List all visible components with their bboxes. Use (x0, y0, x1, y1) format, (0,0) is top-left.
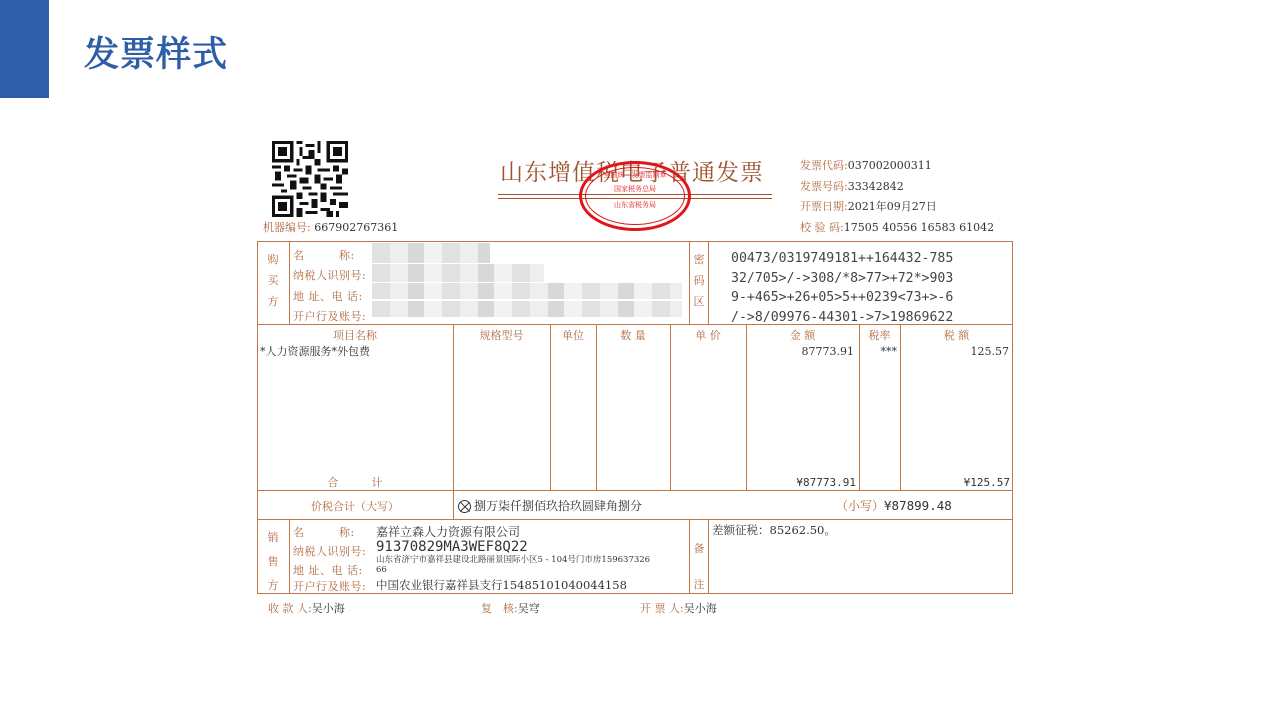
invoice: 机器编号: 667902767361 山东增值税电子普通发票 全国统一发票监制章… (0, 0, 1280, 720)
col-qty: 数 量 (596, 327, 670, 343)
seller-bank: 中国农业银行嘉祥县支行15485101040044158 (376, 577, 627, 593)
item-tax: 125.57 (900, 345, 1009, 358)
col-price: 单 价 (670, 327, 746, 343)
payee: 收 款 人:吴小海 (268, 600, 345, 616)
col-tax: 税 额 (900, 327, 1013, 343)
reviewer: 复 核:吴穹 (481, 600, 540, 616)
grand-total-uppercase: 捌万柒仟捌佰玖拾玖圆肆角捌分 (458, 497, 642, 514)
issue-date: 开票日期:2021年09月27日 (800, 198, 937, 214)
buyer-label: 购买方 (265, 249, 281, 312)
grand-total-label: 价税合计（大写） (257, 498, 453, 514)
invoice-code: 发票代码:037002000311 (800, 157, 932, 173)
redacted-buyer-bank (372, 301, 682, 317)
item-name: *人力资源服务*外包费 (260, 343, 370, 359)
buyer-name-label: 名 称: (293, 247, 355, 263)
invoice-number: 发票号码:33342842 (800, 178, 904, 194)
redacted-buyer-name (372, 243, 490, 263)
seller-label: 销售方 (265, 526, 281, 598)
col-tax-rate: 税率 (859, 327, 900, 343)
buyer-bank-label: 开户行及账号: (293, 308, 366, 324)
redacted-buyer-address (372, 283, 682, 299)
total-label: 合 计 (257, 474, 453, 490)
item-tax-rate: *** (859, 345, 897, 358)
seller-name: 嘉祥立森人力资源有限公司 (376, 523, 520, 540)
remarks-label: 备注 (691, 531, 707, 603)
buyer-taxid-label: 纳税人识别号: (293, 267, 366, 283)
total-amount: ¥87773.91 (746, 476, 856, 489)
col-unit: 单位 (550, 327, 596, 343)
total-tax: ¥125.57 (900, 476, 1010, 489)
grand-total-small: （小写）¥87899.48 (836, 497, 952, 514)
seller-taxid: 91370829MA3WEF8Q22 (376, 539, 528, 555)
seller-name-label: 名 称: (293, 524, 355, 540)
seller-address-label: 地 址、电 话: (293, 562, 363, 578)
seller-address: 山东省济宁市嘉祥县建设北路丽景国际小区5 - 104号门市房1596373266… (376, 555, 650, 575)
item-amount: 87773.91 (746, 345, 854, 358)
seller-bank-label: 开户行及账号: (293, 578, 366, 594)
col-spec: 规格型号 (453, 327, 550, 343)
cipher-area-label: 密码区 (691, 249, 707, 312)
redacted-buyer-taxid (372, 264, 544, 282)
issuer: 开 票 人:吴小海 (640, 600, 717, 616)
seller-taxid-label: 纳税人识别号: (293, 543, 366, 559)
col-item-name: 项目名称 (257, 327, 453, 343)
machine-number: 机器编号: 667902767361 (263, 219, 398, 235)
buyer-address-label: 地 址、电 话: (293, 288, 363, 304)
circle-x-icon (458, 500, 471, 513)
col-amount: 金 额 (746, 327, 859, 343)
qr-code-icon (272, 141, 348, 217)
official-stamp: 全国统一发票监制章 国家税务总局 山东省税务局 (579, 161, 691, 231)
check-code: 校 验 码:17505 40556 16583 61042 (800, 219, 994, 235)
remarks-text: 差额征税：85262.50。 (712, 522, 836, 538)
cipher-text: 00473/0319749181++164432-78532/705>/->30… (731, 249, 953, 327)
